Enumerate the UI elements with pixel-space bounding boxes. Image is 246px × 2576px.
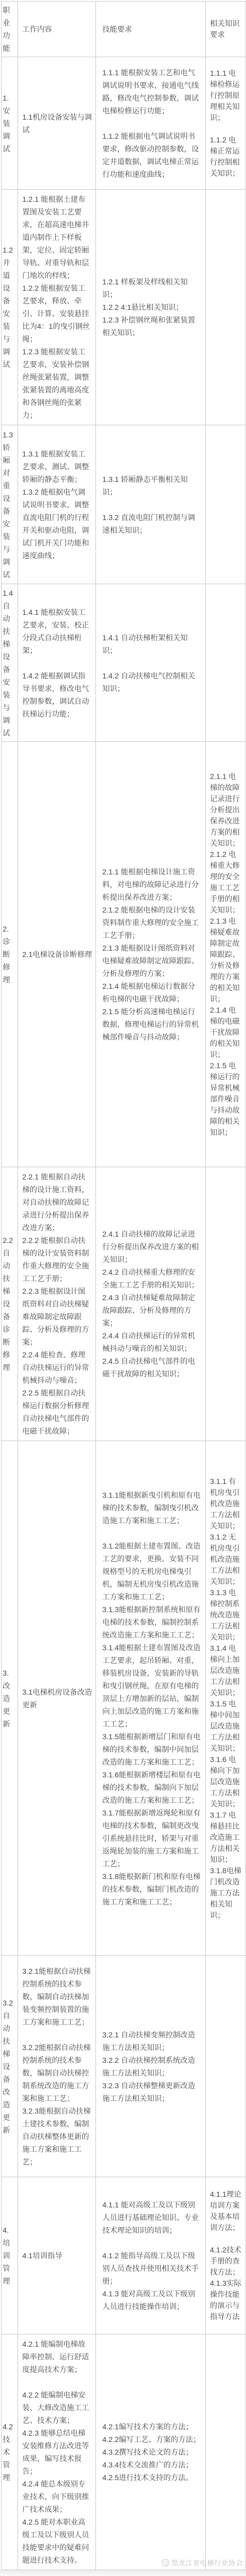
- skills-cell: 3.1.1能根据新曳引机和原有电梯的技术参数，编制曳引机改造施工方案和施工工艺；…: [96, 1441, 206, 1956]
- work-content-cell: 1.4.1 能根据安装工艺要求，安装、校正分段式自动扶梯桁架； 1.4.2 能根…: [18, 584, 96, 742]
- header-skill-requirements: 技能要求: [96, 2, 206, 57]
- function-cell: 2. 诊断修理: [2, 742, 18, 1167]
- knowledge-cell: 1.1.1 电梯检修运行控制原理相关知识； 1.1.2 电梯正常运行控制相关知识…: [206, 57, 246, 190]
- table-row: 1.2 井道设备安装与调试 1.2.1 能根据土建布置图及安装工艺要求，在超高速…: [2, 190, 246, 425]
- knowledge-cell: [206, 1167, 246, 1441]
- table-row: 2.2 自动扶梯设备诊断修理 2.2.1 能根据自动扶梯的设计施工资料，对自动扶…: [2, 1167, 246, 1441]
- work-content-cell: 2.1电梯设备诊断修理: [18, 742, 96, 1167]
- knowledge-cell: 2.1.1 电梯的故障记录进行分析提出保养改进方案的相关知识； 2.1.2 电梯…: [206, 742, 246, 1167]
- association-watermark: 黑龙江省电梯行业协会: [162, 2557, 243, 2568]
- header-occupational-function: 职业功能: [2, 2, 18, 57]
- knowledge-cell: [206, 584, 246, 742]
- skills-cell: 2.4.1 自动扶梯的故障记录进行分析提出保养改进方案的相关知识； 2.4.2 …: [96, 1167, 206, 1441]
- knowledge-cell: 3.1.1 有机房曳引机改造施工方法相关知识； 3.1.2 无机房曳引机改造施工…: [206, 1441, 246, 1956]
- skills-cell: 1.4.1 自动扶梯桁架相关知识； 1.4.2 自动扶梯电气控制相关知识；: [96, 584, 206, 742]
- work-content-cell: 4.2.1 能编制电梯故障率控制、运行舒适度提高技术方案； 4.2.2 能编制电…: [18, 2334, 96, 2570]
- header-knowledge-requirements: 相关知识要求: [206, 2, 246, 57]
- work-content-cell: 1.3.1 能根据安装工艺要求，测试、调整轿厢的静态平衡； 1.3.2 能根据电…: [18, 425, 96, 584]
- function-cell: 4. 培训管理: [2, 2177, 18, 2334]
- work-content-cell: 1.1机房设备安装与调试: [18, 57, 96, 190]
- function-cell: 1.2 井道设备安装与调试: [2, 190, 18, 425]
- skills-cell: 1.3.1 轿厢静态平衡相关知识； 1.3.2 直流电阻门机控制与调速相关知识；: [96, 425, 206, 584]
- knowledge-cell: [206, 190, 246, 425]
- function-cell: 1.3 轿厢对重设备安装与调试: [2, 425, 18, 584]
- skills-standard-table: 职业功能 工作内容 技能要求 相关知识要求 1. 安装调试 1.1机房设备安装与…: [1, 1, 246, 2570]
- table-row: 4. 培训管理 4.1培训指导 4.1.1 能对高级工及以下级别人员进行基础理论…: [2, 2177, 246, 2334]
- function-cell: 1. 安装调试: [2, 57, 18, 190]
- association-watermark-text: 黑龙江省电梯行业协会: [171, 2557, 243, 2568]
- table-header-row: 职业功能 工作内容 技能要求 相关知识要求: [2, 2, 246, 57]
- work-content-cell: 3.2.1能根据自动扶梯控制系统的技术参数，编制自动扶梯加装变频控制装置的施工方…: [18, 1956, 96, 2177]
- skills-cell: 1.1.1 能根据安装工艺和电气调试说明书要求，接通电气线路，修改电气控制参数，…: [96, 57, 206, 190]
- knowledge-cell: 4.1.1理论培训方案及基本培训方法； 4.1.2技术手册的查找方法； 4.1.…: [206, 2177, 246, 2334]
- work-content-cell: 3.1电梯机房设备改造更新: [18, 1441, 96, 1956]
- page: 职业功能 工作内容 技能要求 相关知识要求 1. 安装调试 1.1机房设备安装与…: [0, 0, 246, 2576]
- knowledge-cell: [206, 2334, 246, 2570]
- table-row: 3.2 自动扶梯设备改造更新 3.2.1能根据自动扶梯控制系统的技术参数，编制自…: [2, 1956, 246, 2177]
- knowledge-cell: [206, 1956, 246, 2177]
- function-cell: 3.2 自动扶梯设备改造更新: [2, 1956, 18, 2177]
- work-content-cell: 2.2.1 能根据自动扶梯的设计施工资料，对自动扶梯的故障记录进行分析提出保养改…: [18, 1167, 96, 1441]
- skills-cell: 4.2.1编写技术方案的方法； 4.2.2编写工艺、方案的方法； 4.3.2撰写…: [96, 2334, 206, 2570]
- table-row: 1.4 自动扶梯设备安装与调试 1.4.1 能根据安装工艺要求，安装、校正分段式…: [2, 584, 246, 742]
- header-work-content: 工作内容: [18, 2, 96, 57]
- image-bottom-edge: [0, 2570, 246, 2576]
- skills-cell: 2.1.1 能根据电梯设计施工资料，对电梯的故障记录进行分析提出保养改进方案； …: [96, 742, 206, 1167]
- skills-cell: 3.2.1 自动扶梯变频控制改造施工方法相关知识； 3.2.2 自动扶梯控制系统…: [96, 1956, 206, 2177]
- work-content-cell: 1.2.1 能根据土建布置图及安装工艺要求，在超高速电梯井道内制作上下样板架，定…: [18, 190, 96, 425]
- association-logo-icon: [162, 2559, 169, 2566]
- work-content-cell: 4.1培训指导: [18, 2177, 96, 2334]
- function-cell: 2.2 自动扶梯设备诊断修理: [2, 1167, 18, 1441]
- function-cell: 3. 改造更新: [2, 1441, 18, 1956]
- function-cell: 4.2 技术管理: [2, 2334, 18, 2570]
- table-row: 2. 诊断修理 2.1电梯设备诊断修理 2.1.1 能根据电梯设计施工资料，对电…: [2, 742, 246, 1167]
- table-row: 3. 改造更新 3.1电梯机房设备改造更新 3.1.1能根据新曳引机和原有电梯的…: [2, 1441, 246, 1956]
- table-row: 1.3 轿厢对重设备安装与调试 1.3.1 能根据安装工艺要求，测试、调整轿厢的…: [2, 425, 246, 584]
- skills-cell: 4.1.1 能对高级工及以下级别人员进行基础理论知识、专业技术理论知识的培训； …: [96, 2177, 206, 2334]
- knowledge-cell: [206, 425, 246, 584]
- table-row: 1. 安装调试 1.1机房设备安装与调试 1.1.1 能根据安装工艺和电气调试说…: [2, 57, 246, 190]
- skills-cell: 1.2.1 样板架及样线相关知识； 1.2.2 4:1悬比相关知识； 1.2.3…: [96, 190, 206, 425]
- table-row: 4.2 技术管理 4.2.1 能编制电梯故障率控制、运行舒适度提高技术方案； 4…: [2, 2334, 246, 2570]
- function-cell: 1.4 自动扶梯设备安装与调试: [2, 584, 18, 742]
